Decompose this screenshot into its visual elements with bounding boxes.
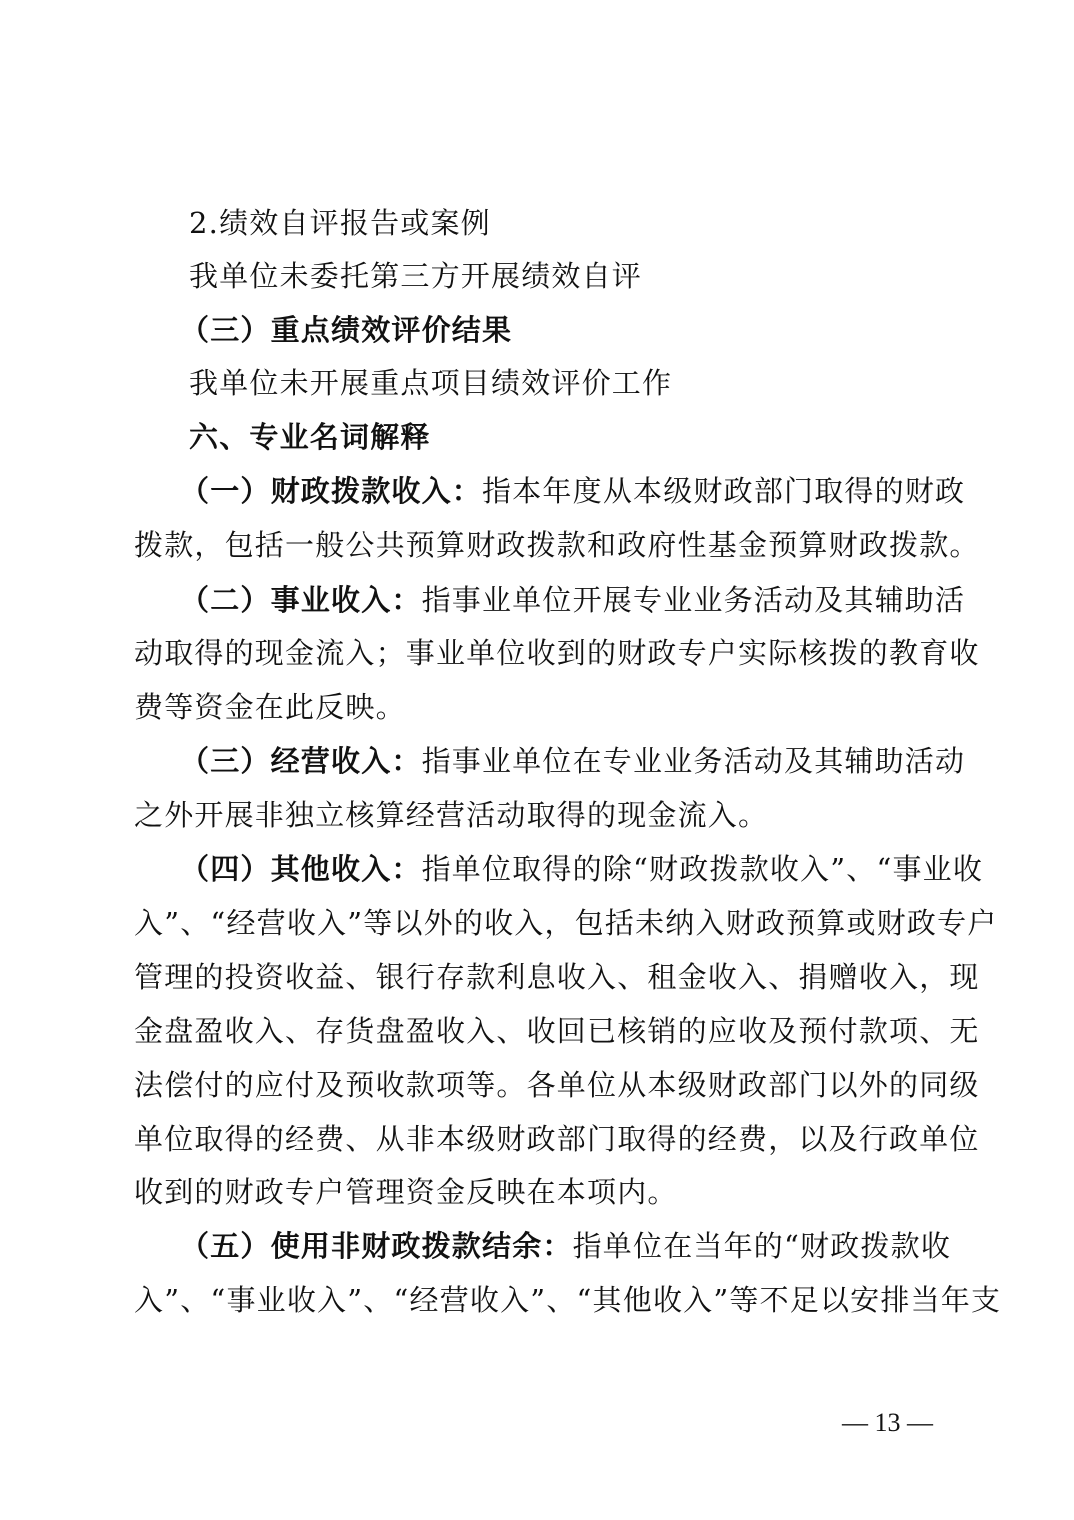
term-text: 指事业单位在专业业务活动及其辅助活动 bbox=[422, 744, 966, 778]
term-paragraph-2-line-3: 费等资金在此反映。 bbox=[134, 687, 406, 727]
term-paragraph-4-line-4: 金盘盈收入、存货盘盈收入、收回已核销的应收及预付款项、无 bbox=[134, 1011, 944, 1051]
term-text: 指事业单位开展专业业务活动及其辅助活 bbox=[422, 583, 966, 617]
section-6-title: 六、专业名词解释 bbox=[189, 417, 431, 457]
term-text: 指单位在当年的“财政拨款收 bbox=[573, 1229, 951, 1263]
term-paragraph-2-line-2: 动取得的现金流入；事业单位收到的财政专户实际核拨的教育收 bbox=[134, 633, 944, 673]
term-paragraph-4-line-6: 单位取得的经费、从非本级财政部门取得的经费，以及行政单位 bbox=[134, 1119, 944, 1159]
term-paragraph-3-line-1: （三）经营收入：指事业单位在专业业务活动及其辅助活动 bbox=[180, 741, 944, 781]
term-paragraph-3-line-2: 之外开展非独立核算经营活动取得的现金流入。 bbox=[134, 795, 768, 835]
term-paragraph-1-line-1: （一）财政拨款收入：指本年度从本级财政部门取得的财政 bbox=[180, 471, 944, 511]
term-label: （三）经营收入： bbox=[180, 744, 422, 778]
term-text: 指本年度从本级财政部门取得的财政 bbox=[482, 474, 965, 508]
sub-item-body: 我单位未委托第三方开展绩效自评 bbox=[189, 256, 642, 296]
term-paragraph-5-line-2: 入”、“事业收入”、“经营收入”、“其他收入”等不足以安排当年支 bbox=[134, 1280, 944, 1320]
term-paragraph-4-line-2: 入”、“经营收入”等以外的收入，包括未纳入财政预算或财政专户 bbox=[134, 903, 944, 943]
term-text: 指单位取得的除“财政拨款收入”、“事业收 bbox=[422, 852, 983, 886]
term-paragraph-4-line-3: 管理的投资收益、银行存款利息收入、租金收入、捐赠收入，现 bbox=[134, 957, 944, 997]
term-label: （五）使用非财政拨款结余： bbox=[180, 1229, 573, 1263]
term-label: （一）财政拨款收入： bbox=[180, 474, 482, 508]
term-paragraph-4-line-7: 收到的财政专户管理资金反映在本项内。 bbox=[134, 1172, 678, 1212]
term-paragraph-1-line-2: 拨款，包括一般公共预算财政拨款和政府性基金预算财政拨款。 bbox=[134, 525, 944, 565]
document-page: 2.绩效自评报告或案例 我单位未委托第三方开展绩效自评 （三）重点绩效评价结果 … bbox=[0, 0, 1074, 1520]
term-label: （四）其他收入： bbox=[180, 852, 422, 886]
term-paragraph-5-line-1: （五）使用非财政拨款结余：指单位在当年的“财政拨款收 bbox=[180, 1226, 944, 1266]
sub-item-title: 2.绩效自评报告或案例 bbox=[189, 203, 491, 243]
term-label: （二）事业收入： bbox=[180, 583, 422, 617]
term-paragraph-2-line-1: （二）事业收入：指事业单位开展专业业务活动及其辅助活 bbox=[180, 580, 944, 620]
section-3-body: 我单位未开展重点项目绩效评价工作 bbox=[189, 363, 672, 403]
section-3-title: （三）重点绩效评价结果 bbox=[180, 310, 512, 350]
page-number: — 13 — bbox=[842, 1405, 933, 1441]
term-paragraph-4-line-1: （四）其他收入：指单位取得的除“财政拨款收入”、“事业收 bbox=[180, 849, 944, 889]
term-paragraph-4-line-5: 法偿付的应付及预收款项等。各单位从本级财政部门以外的同级 bbox=[134, 1065, 944, 1105]
